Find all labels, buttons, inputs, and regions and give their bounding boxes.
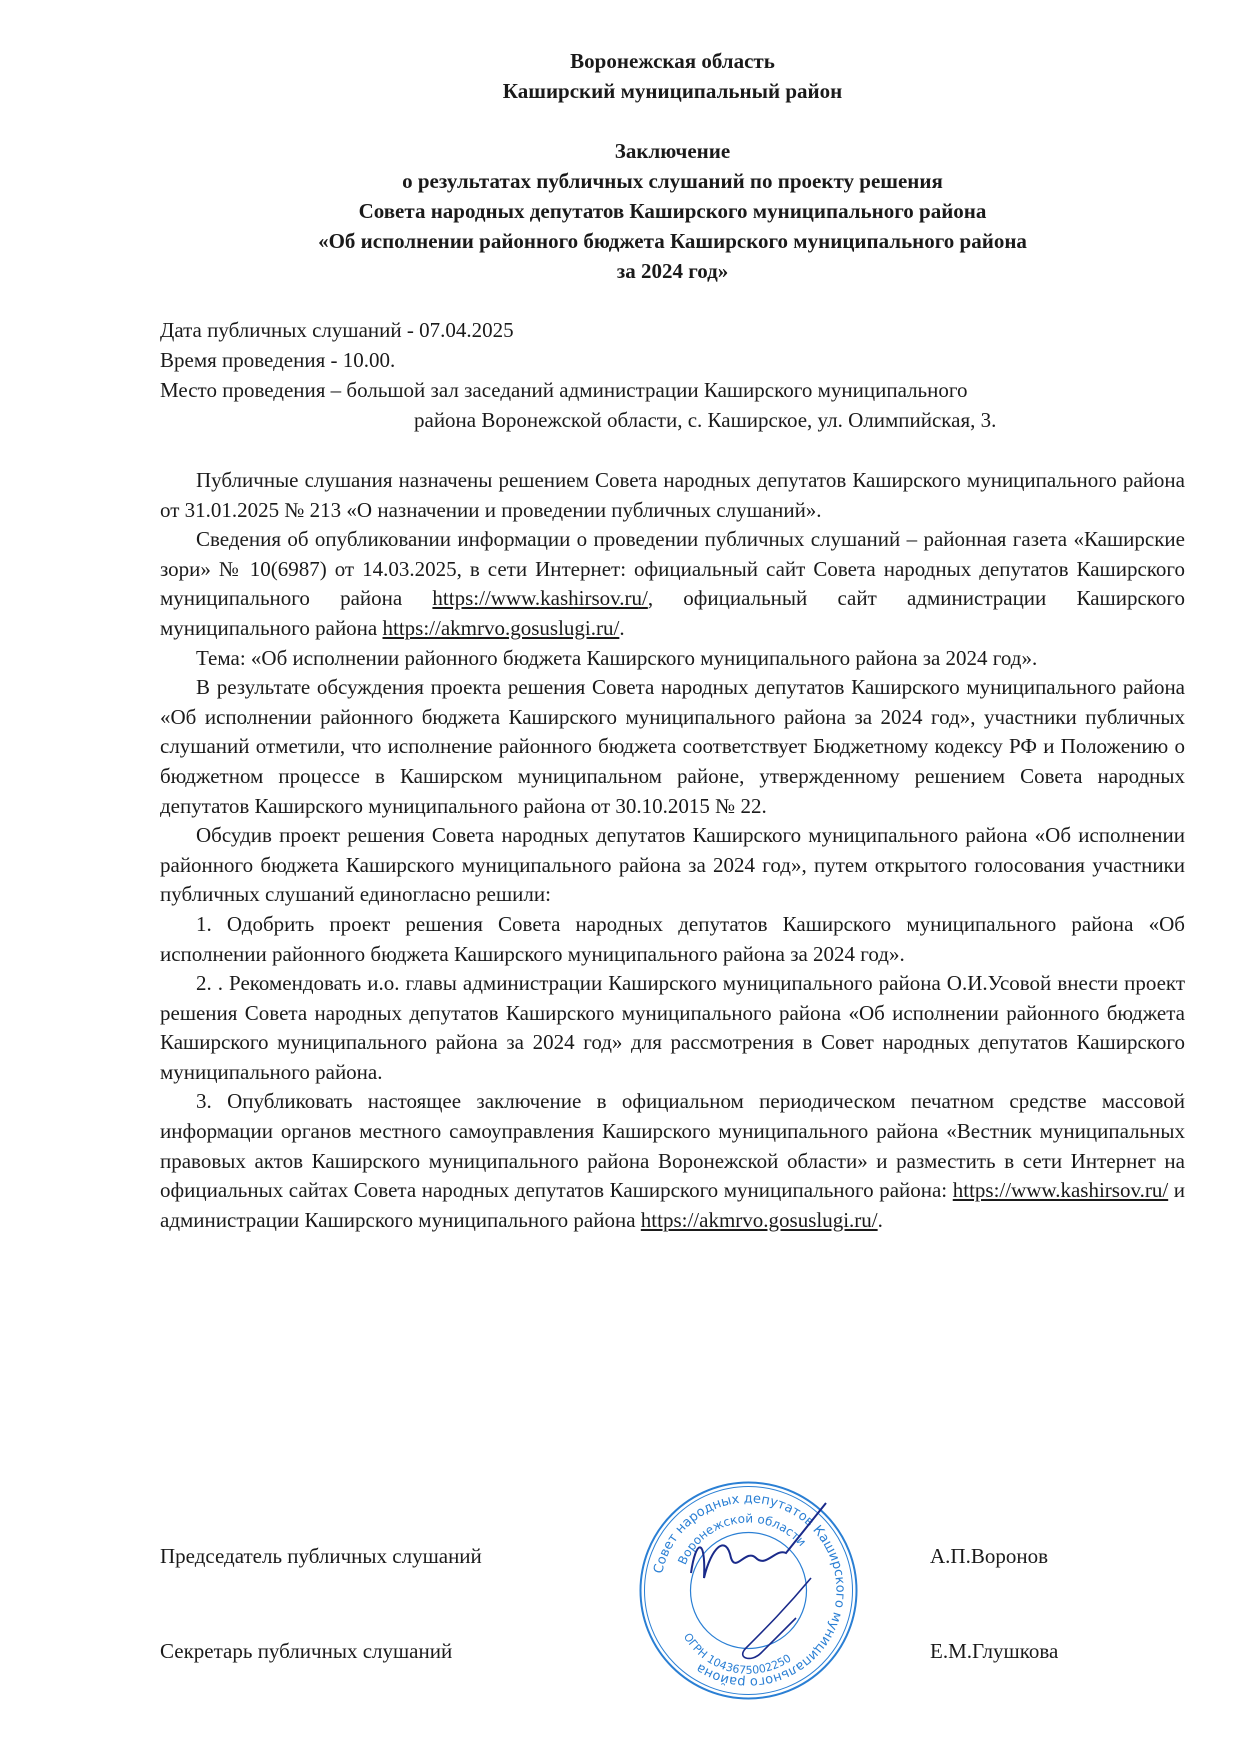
paragraph-decision: Обсудив проект решения Совета народных д…: [160, 821, 1185, 910]
district-title: Каширский муниципальный район: [160, 76, 1185, 106]
decision-item-1: 1. Одобрить проект решения Совета народн…: [160, 910, 1185, 969]
link-kashirsov[interactable]: https://www.kashirsov.ru/: [953, 1178, 1168, 1202]
hearing-place: Место проведения – большой зал заседаний…: [160, 375, 1190, 405]
secretary-role: Секретарь публичных слушаний: [160, 1636, 452, 1666]
link-akmrvo[interactable]: https://akmrvo.gosuslugi.ru/: [641, 1208, 878, 1232]
decision-item-2: 2. . Рекомендовать и.о. главы администра…: [160, 969, 1185, 1087]
document-type: Заключение: [160, 136, 1185, 166]
paragraph-publication: Сведения об опубликовании информации о п…: [160, 525, 1185, 643]
hearing-time: Время проведения - 10.00.: [160, 345, 1190, 375]
document-header: Воронежская область Каширский муниципаль…: [160, 46, 1185, 286]
subtitle-line: о результатах публичных слушаний по прое…: [160, 166, 1185, 196]
paragraph-discussion: В результате обсуждения проекта решения …: [160, 673, 1185, 821]
region-title: Воронежская область: [160, 46, 1185, 76]
subtitle-line: «Об исполнении районного бюджета Каширск…: [160, 226, 1185, 256]
link-kashirsov[interactable]: https://www.kashirsov.ru/: [432, 586, 647, 610]
chair-name: А.П.Воронов: [930, 1541, 1048, 1571]
subtitle-line: Совета народных депутатов Каширского мун…: [160, 196, 1185, 226]
document-page: Воронежская область Каширский муниципаль…: [0, 0, 1244, 1759]
chair-role: Председатель публичных слушаний: [160, 1541, 482, 1571]
subtitle-line: за 2024 год»: [160, 256, 1185, 286]
paragraph-appointment: Публичные слушания назначены решением Со…: [160, 466, 1185, 525]
paragraph-topic: Тема: «Об исполнении районного бюджета К…: [160, 644, 1185, 674]
secretary-name: Е.М.Глушкова: [930, 1636, 1058, 1666]
document-body: Публичные слушания назначены решением Со…: [160, 466, 1185, 1235]
hearing-place-cont: района Воронежской области, с. Каширское…: [160, 405, 1190, 435]
hearing-meta: Дата публичных слушаний - 07.04.2025 Вре…: [160, 315, 1190, 435]
link-akmrvo[interactable]: https://akmrvo.gosuslugi.ru/: [383, 616, 620, 640]
decision-item-3: 3. Опубликовать настоящее заключение в о…: [160, 1087, 1185, 1235]
official-stamp-icon: Совет народных депутатов Каширского муни…: [636, 1478, 861, 1703]
hearing-date: Дата публичных слушаний - 07.04.2025: [160, 315, 1190, 345]
